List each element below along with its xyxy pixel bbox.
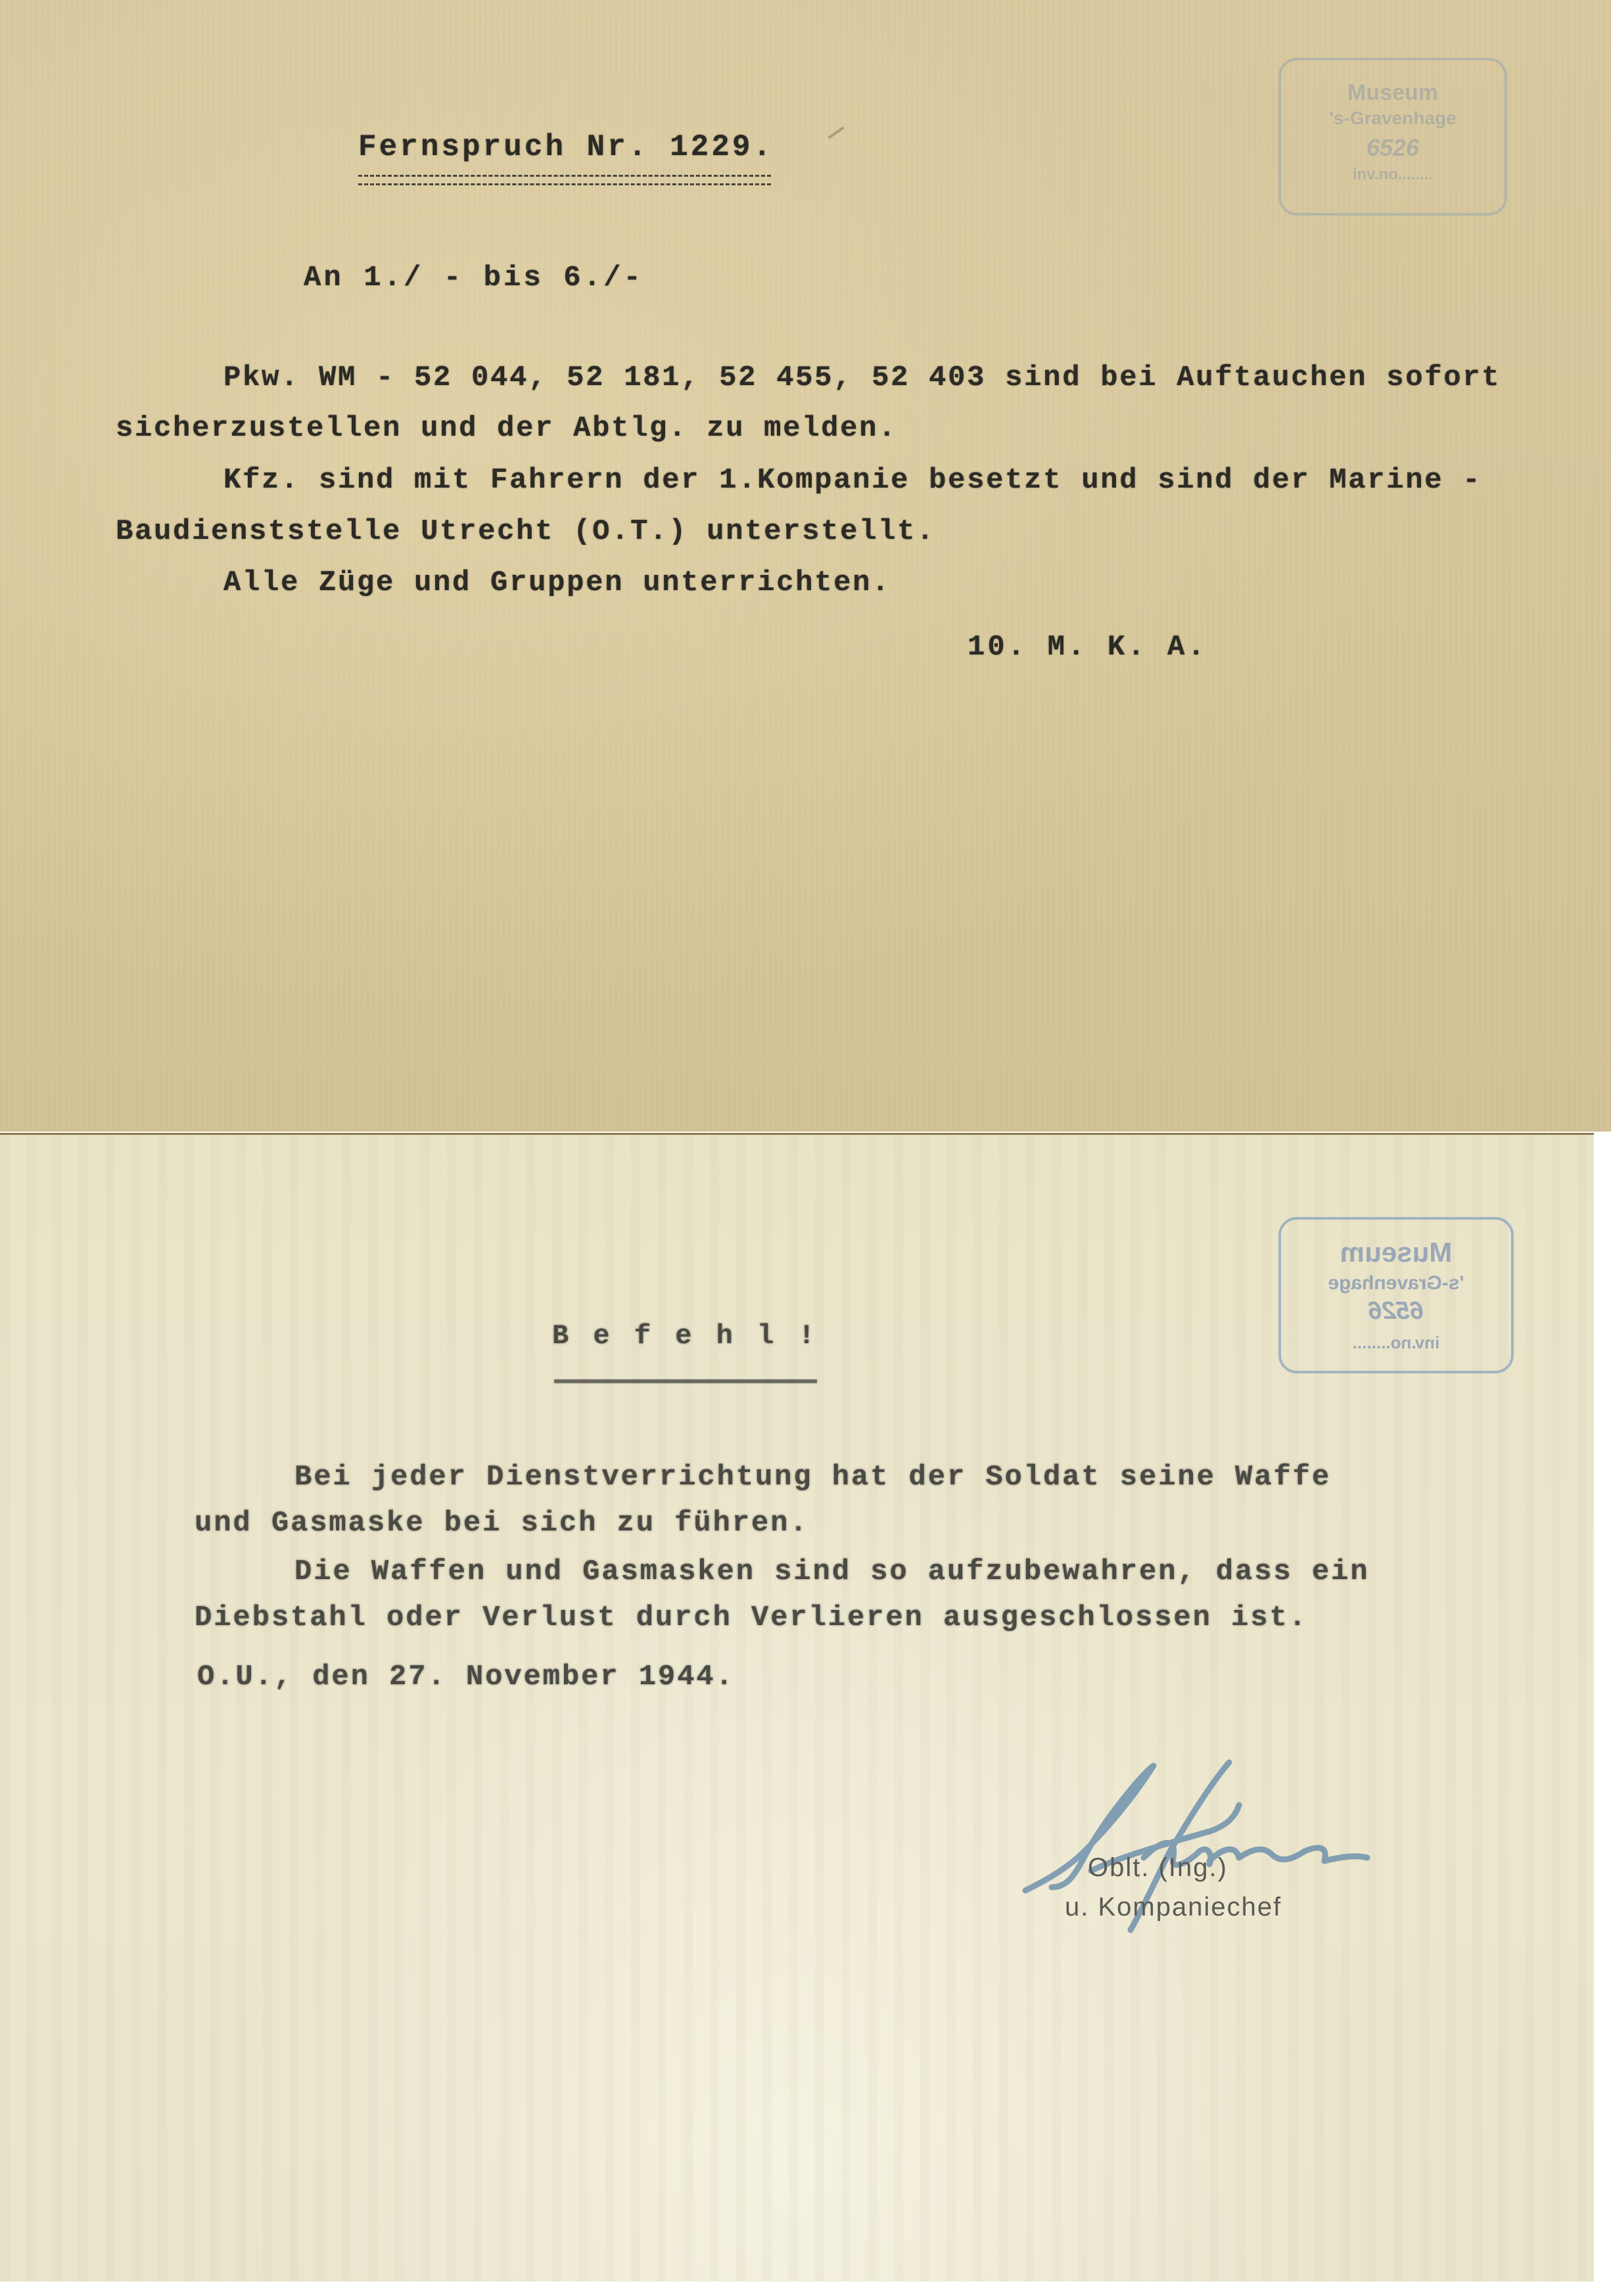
stamp-line-4: inv.no........ — [1294, 1333, 1498, 1353]
stamp-line-3: 6526 — [1294, 134, 1491, 162]
title-double-underline — [358, 175, 771, 185]
body-line-3: Die Waffen und Gasmasken sind so aufzube… — [294, 1555, 1369, 1588]
body-line-4: Diebstahl oder Verlust durch Verlieren a… — [195, 1601, 1308, 1634]
body-line-2: sicherzustellen und der Abtlg. zu melden… — [116, 412, 897, 445]
stamp-line-2: 's-Gravenhage — [1294, 1272, 1498, 1295]
museum-stamp: Museum 's-Gravenhage 6526 inv.no........ — [1278, 58, 1507, 216]
body-line-1: Pkw. WM - 52 044, 52 181, 52 455, 52 403… — [223, 361, 1501, 394]
sender-line: 10. M. K. A. — [968, 631, 1207, 664]
body-line-4: Baudienststelle Utrecht (O.T.) unterstel… — [116, 515, 935, 548]
signature — [1012, 1733, 1472, 1956]
stamp-line-1: Museum — [1294, 80, 1491, 106]
museum-stamp-mirrored: Museum 's-Gravenhage 6526 inv.no........ — [1278, 1217, 1514, 1373]
fernspruch-sheet: Museum 's-Gravenhage 6526 inv.no........… — [0, 0, 1611, 1132]
stamp-line-2: 's-Gravenhage — [1294, 108, 1491, 129]
signatory-title: u. Kompaniechef — [1065, 1893, 1282, 1922]
body-line-5: Alle Züge und Gruppen unterrichten. — [223, 566, 891, 599]
body-line-3: Kfz. sind mit Fahrern der 1.Kompanie bes… — [223, 464, 1482, 497]
stamp-line-3: 6526 — [1294, 1297, 1498, 1325]
body-line-2: und Gasmaske bei sich zu führen. — [195, 1507, 809, 1540]
document-title: B e f e h l ! — [552, 1320, 819, 1352]
stamp-line-1: Museum — [1294, 1237, 1498, 1268]
recipient-line: An 1./ - bis 6./- — [304, 262, 643, 294]
body-line-1: Bei jeder Dienstverrichtung hat der Sold… — [294, 1461, 1331, 1494]
date-line: O.U., den 27. November 1944. — [197, 1661, 735, 1693]
signatory-rank: Oblt. (Ing.) — [1088, 1853, 1228, 1883]
title-underline — [554, 1379, 817, 1383]
befehl-sheet: Museum 's-Gravenhage 6526 inv.no........… — [0, 1133, 1594, 2282]
document-title: Fernspruch Nr. 1229. — [358, 130, 774, 164]
pencil-mark — [828, 126, 844, 139]
stamp-line-4: inv.no........ — [1294, 166, 1491, 184]
